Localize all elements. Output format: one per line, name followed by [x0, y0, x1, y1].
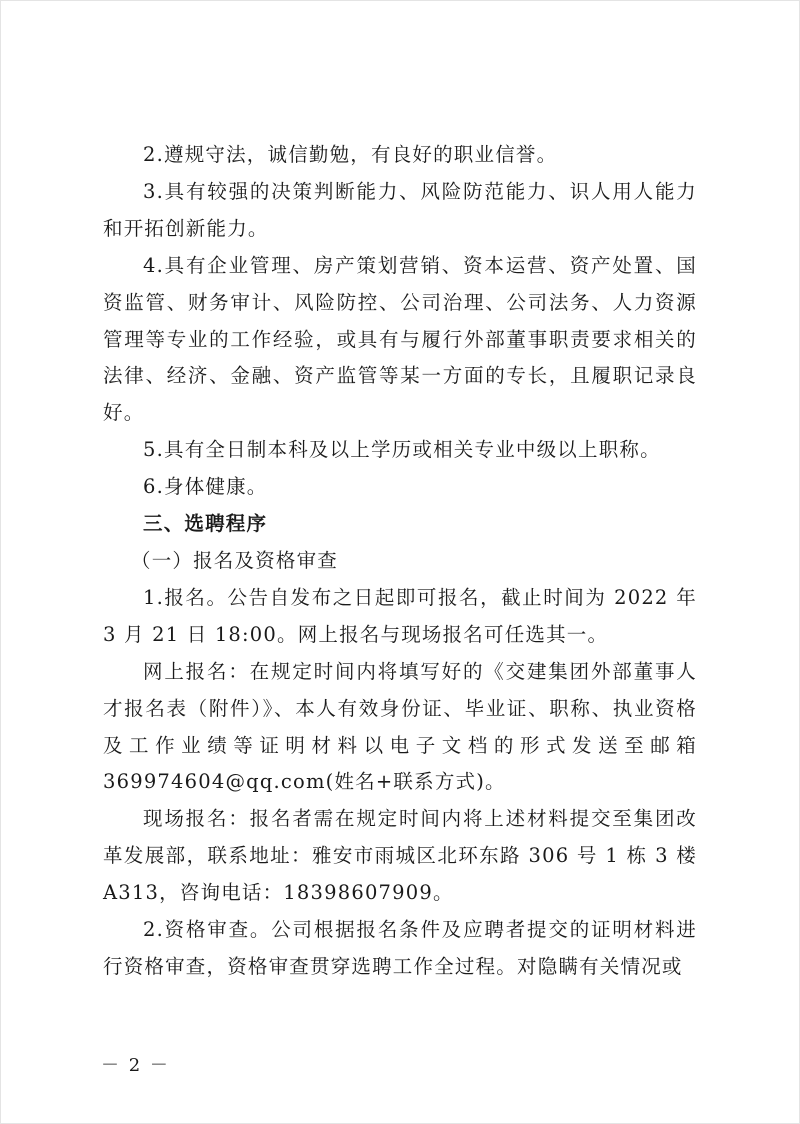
requirement-5: 5.具有全日制本科及以上学历或相关专业中级以上职称。 — [103, 432, 697, 469]
online-registration-paragraph: 网上报名：在规定时间内将填写好的《交建集团外部董事人才报名表（附件）》、本人有效… — [103, 654, 697, 802]
requirement-2: 2.遵规守法，诚信勤勉，有良好的职业信誉。 — [103, 137, 697, 174]
section-heading-selection-procedure: 三、选聘程序 — [103, 506, 697, 543]
requirement-6: 6.身体健康。 — [103, 469, 697, 506]
registration-paragraph: 1.报名。公告自发布之日起即可报名，截止时间为 2022 年 3 月 21 日 … — [103, 580, 697, 654]
page-number: － 2 － — [101, 1051, 170, 1077]
document-page: 2.遵规守法，诚信勤勉，有良好的职业信誉。 3.具有较强的决策判断能力、风险防范… — [0, 0, 800, 1124]
requirement-3: 3.具有较强的决策判断能力、风险防范能力、识人用人能力和开拓创新能力。 — [103, 174, 697, 248]
requirement-4: 4.具有企业管理、房产策划营销、资本运营、资产处置、国资监管、财务审计、风险防控… — [103, 248, 697, 433]
onsite-registration-paragraph: 现场报名：报名者需在规定时间内将上述材料提交至集团改革发展部，联系地址：雅安市雨… — [103, 801, 697, 912]
qualification-review-paragraph: 2.资格审查。公司根据报名条件及应聘者提交的证明材料进行资格审查，资格审查贯穿选… — [103, 912, 697, 986]
document-body: 2.遵规守法，诚信勤勉，有良好的职业信誉。 3.具有较强的决策判断能力、风险防范… — [103, 137, 697, 986]
subsection-heading-registration: （一）报名及资格审查 — [103, 543, 697, 580]
